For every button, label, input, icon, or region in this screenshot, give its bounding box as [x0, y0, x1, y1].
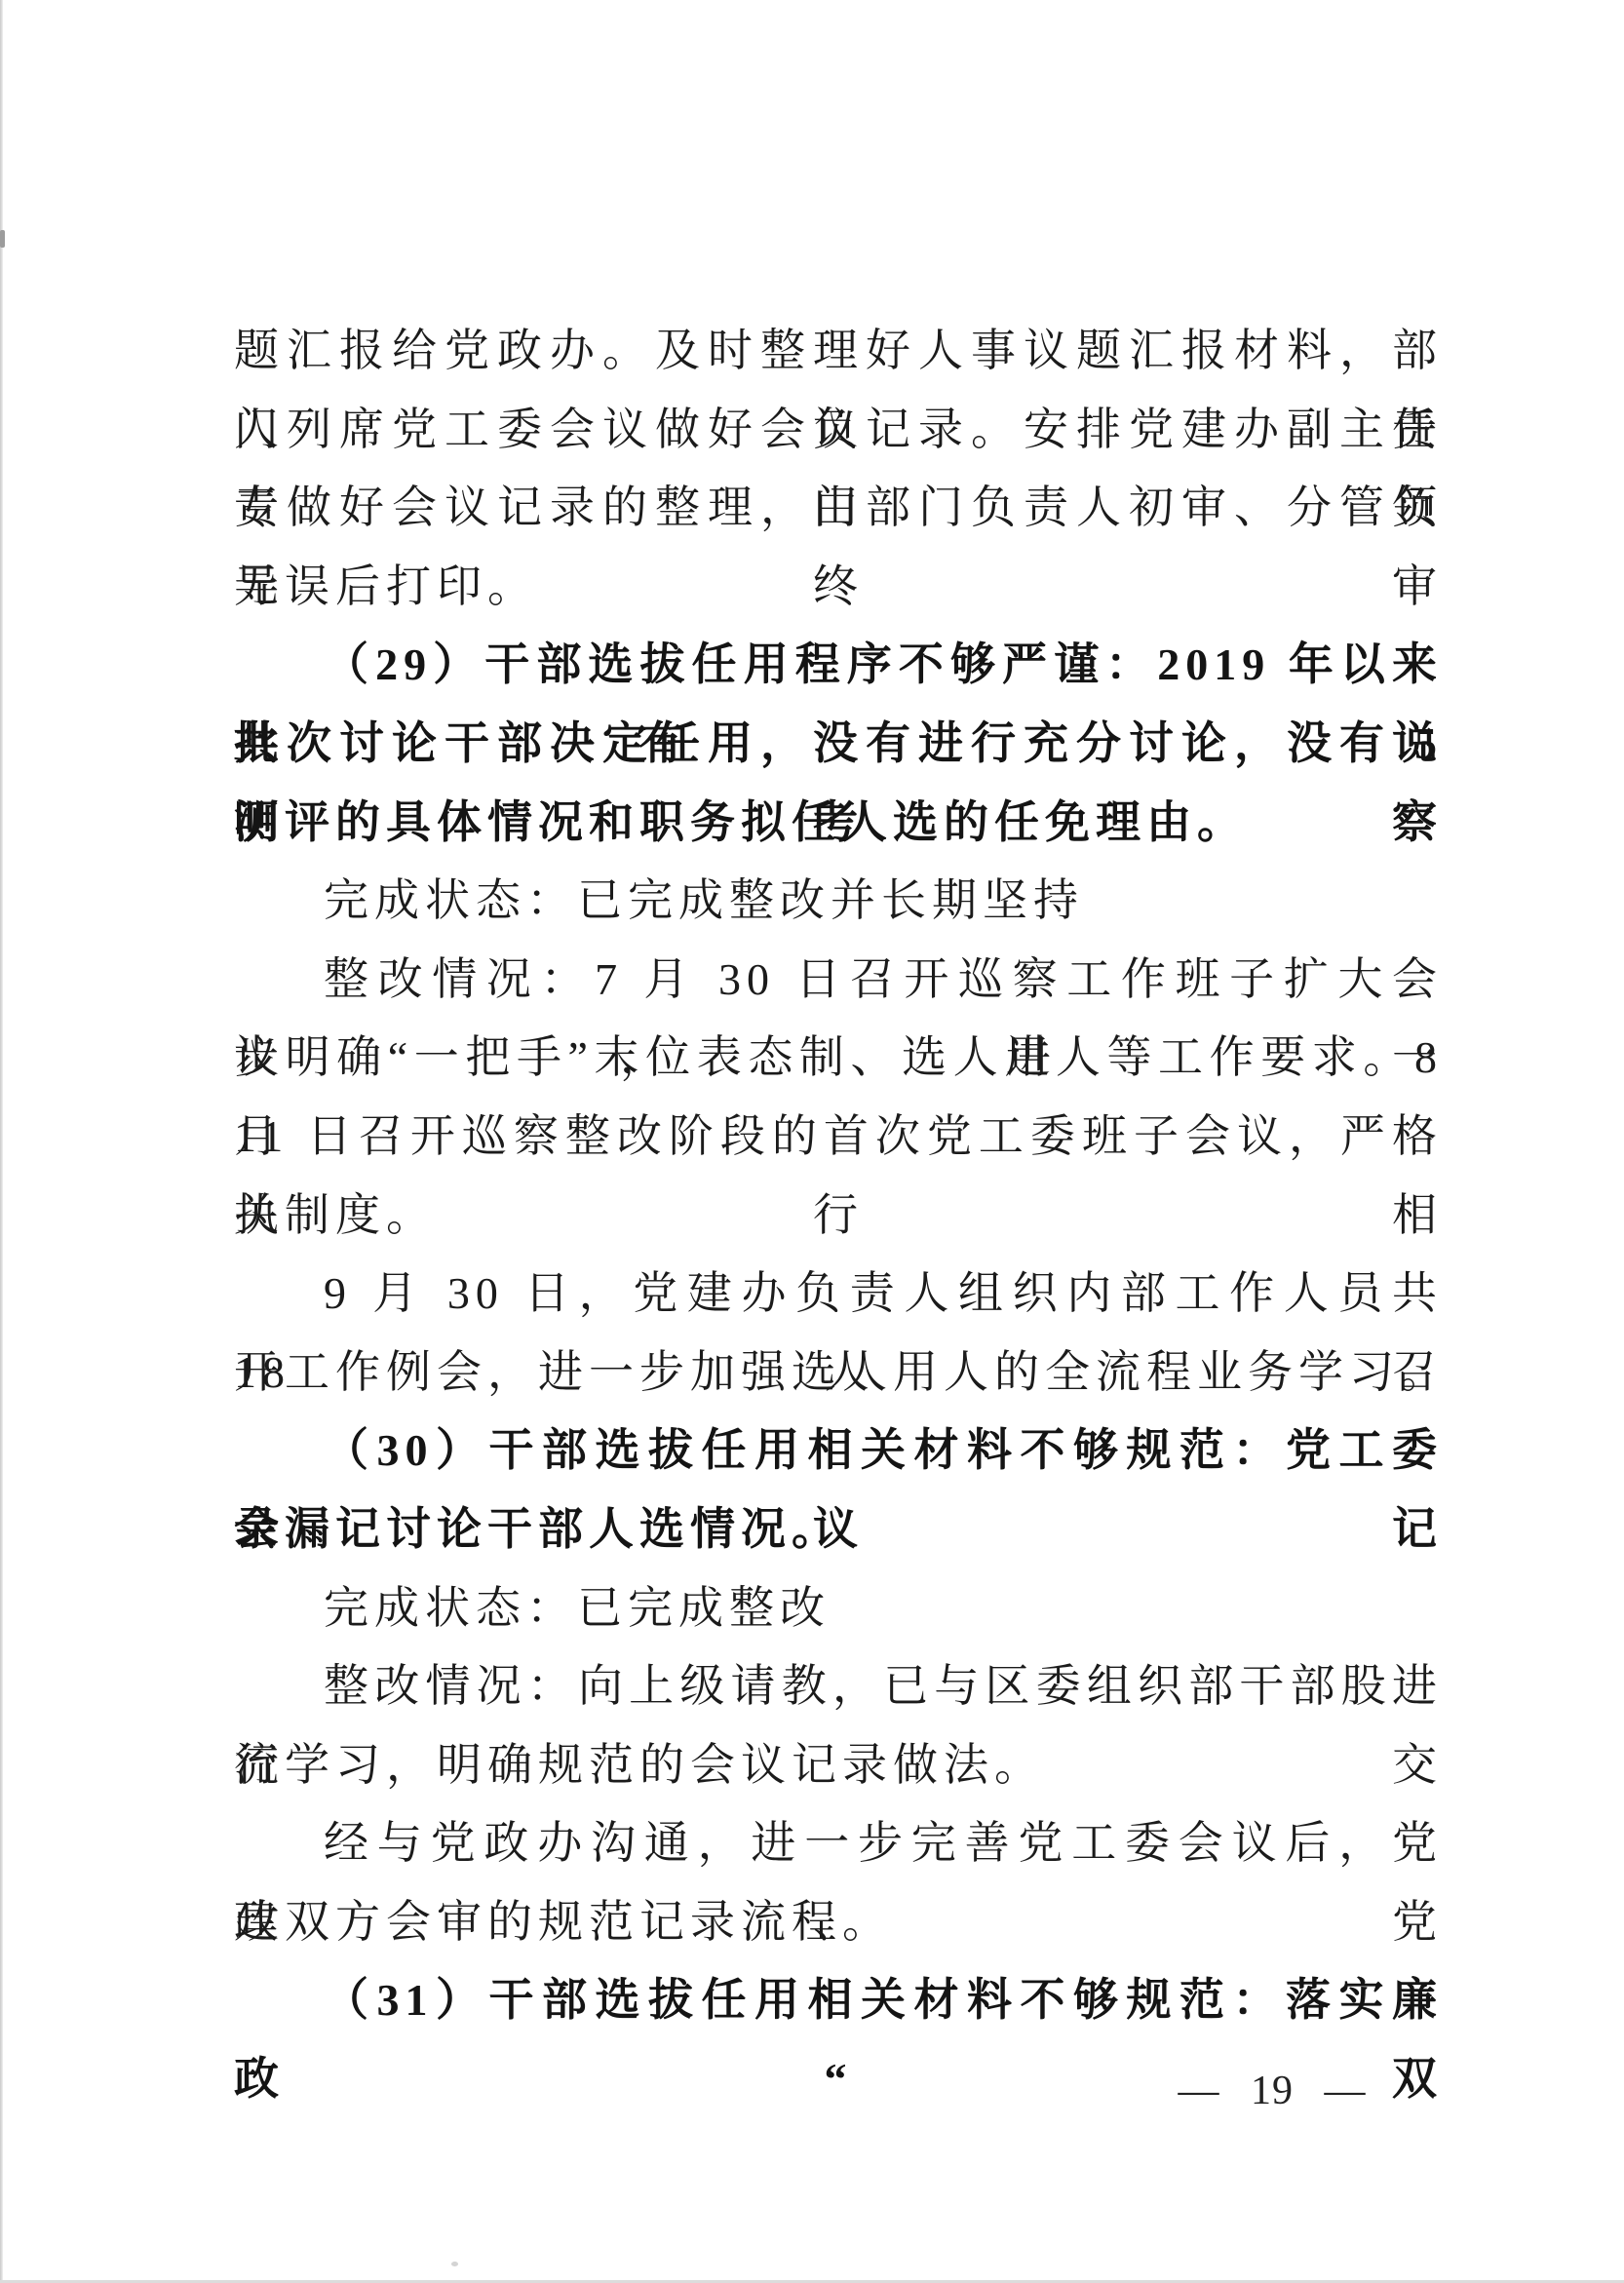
page-number: — 19 —: [1160, 2061, 1384, 2121]
issue-29-detail-line-2: 步明确“一把手”末位表态制、选人用人等工作要求。8 月: [234, 1019, 1443, 1098]
scan-speck: [451, 2262, 458, 2266]
issue-30-detail-line-3: 经与党政办沟通，进一步完善党工委会议后，党政、党: [234, 1804, 1443, 1883]
issue-29-status-line: 完成状态：已完成整改并长期坚持: [234, 862, 1443, 941]
issue-29-heading-line-2: 批次讨论干部决定任用，没有进行充分讨论，没有说明考察: [234, 705, 1443, 784]
issue-31-heading-line-1: （31）干部选拔任用相关材料不够规范：落实廉政“双: [234, 1961, 1443, 2040]
scan-speck: [0, 230, 5, 248]
text-line-2: 人列席党工委会议做好会议记录。安排党建办副主任专门负: [234, 391, 1443, 470]
scan-left-edge: [0, 0, 3, 2283]
issue-29-heading-line-1: （29）干部选拔任用程序不够严谨：2019 年以来共有 5: [234, 626, 1443, 705]
text-line-1: 题汇报给党政办。及时整理好人事议题汇报材料，部门负责: [234, 312, 1443, 391]
issue-29-detail-line-3: 11 日召开巡察整改阶段的首次党工委班子会议，严格执行相: [234, 1098, 1443, 1177]
issue-30-detail-line-1: 整改情况：向上级请教，已与区委组织部干部股进行交: [234, 1647, 1443, 1726]
issue-29-detail-line-6: 开工作例会，进一步加强选人用人的全流程业务学习。: [234, 1334, 1443, 1412]
issue-29-detail-line-5: 9 月 30 日，党建办负责人组织内部工作人员共 18 人召: [234, 1255, 1443, 1334]
document-body: 题汇报给党政办。及时整理好人事议题汇报材料，部门负责 人列席党工委会议做好会议记…: [234, 312, 1443, 2040]
scanned-document-page: 题汇报给党政办。及时整理好人事议题汇报材料，部门负责 人列席党工委会议做好会议记…: [0, 0, 1624, 2283]
issue-29-detail-line-1: 整改情况：7 月 30 日召开巡察工作班子扩大会议，进一: [234, 941, 1443, 1020]
issue-30-heading-line-1: （30）干部选拔任用相关材料不够规范：党工委会议记: [234, 1412, 1443, 1490]
text-line-3: 责做好会议记录的整理，由部门负责人初审、分管领导终审: [234, 469, 1443, 548]
issue-30-status-line: 完成状态：已完成整改: [234, 1569, 1443, 1648]
